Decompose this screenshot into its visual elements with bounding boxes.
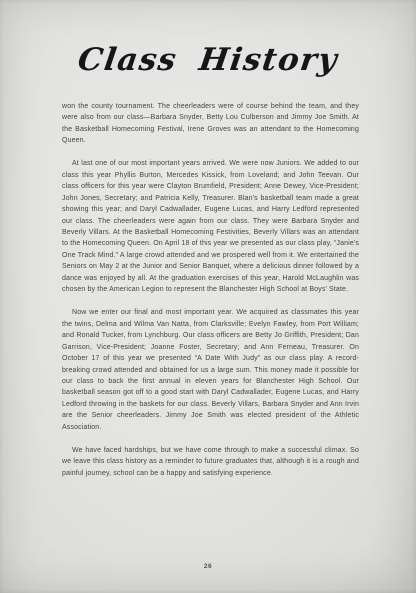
paragraph-senior-year: Now we enter our final and most importan…: [62, 307, 359, 433]
class-history-text: won the county tournament. The cheerlead…: [62, 101, 359, 491]
yearbook-page-scan: Class History won the county tournament.…: [0, 0, 416, 593]
paragraph-junior-year: At last one of our most important years …: [62, 158, 359, 295]
paragraph-continuation: won the county tournament. The cheerlead…: [62, 101, 359, 147]
page-number: 26: [0, 563, 416, 570]
page-title: Class History: [0, 42, 416, 78]
paragraph-closing: We have faced hardships, but we have com…: [62, 445, 359, 479]
